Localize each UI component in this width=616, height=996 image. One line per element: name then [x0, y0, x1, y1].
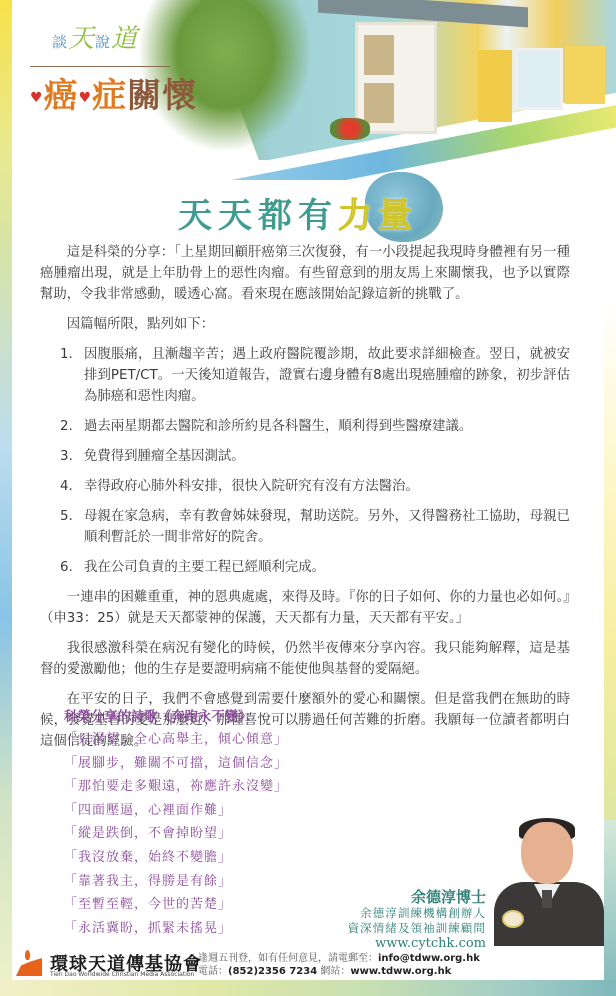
logo-char: 癌 [44, 76, 79, 116]
poem-line: 「我沒放棄，始終不變膽」 [64, 846, 288, 870]
list-number: 4. [60, 476, 73, 497]
heart-icon: ♥ [79, 90, 93, 106]
header-banner: 談天說道 ♥癌♥症關懷 [0, 0, 616, 180]
org-name-english: Tien Dao Worldwide Christian Media Assoc… [50, 971, 194, 978]
article-title: 天天都有力量 [178, 188, 418, 237]
list-item: 5.母親在家急病，幸有教會姊妹發現，幫助送院。另外，又得醫務社工協助，母親已順利… [60, 506, 570, 548]
list-text: 我在公司負責的主要工程已經順利完成。 [84, 560, 325, 575]
logo-char: 症 [92, 76, 127, 116]
points-list: 1.因腹脹痛，且漸趨辛苦；遇上政府醫院覆診期，故此要求詳細檢查。翌日，就被安排到… [40, 344, 570, 578]
site-label: 網站： [320, 966, 350, 977]
contact-info: 逢週五刊登，如有任何意見，請電郵至：info@tdww.org.hk 電話：(8… [198, 952, 480, 978]
logo-char: 關 [127, 76, 162, 116]
logo-char: 懷 [162, 76, 197, 116]
poem-line: 「永活冀盼，抓緊未搖晃」 [64, 917, 288, 941]
poem-line: 「至暫至輕，今世的苦楚」 [64, 893, 288, 917]
list-item: 6.我在公司負責的主要工程已經順利完成。 [60, 557, 570, 578]
title-plain: 天天都有 [178, 196, 338, 236]
heart-icon: ♥ [30, 90, 44, 106]
poem-line: 「只渴望，全心高舉主，傾心傾意」 [64, 728, 288, 752]
list-item: 1.因腹脹痛，且漸趨辛苦；遇上政府醫院覆診期，故此要求詳細檢查。翌日，就被安排到… [60, 344, 570, 407]
author-role-2: 資深情緒及領袖訓練顧問 [347, 921, 486, 936]
list-text: 幸得政府心肺外科安排，很快入院研究有沒有方法醫治。 [84, 479, 419, 494]
logo-divider [30, 66, 170, 67]
contact-website[interactable]: www.tdww.org.hk [350, 966, 451, 977]
author-name: 余德淳博士 [411, 886, 486, 907]
thanks-paragraph: 我很感激科榮在病況有變化的時候，仍然半夜傳來分享內容。我只能夠解釋，這是基督的愛… [40, 638, 570, 680]
footer-right-strip [604, 820, 616, 996]
poem-line: 「靠著我主，得勝是有餘」 [64, 870, 288, 894]
logo-char: 天 [68, 24, 95, 54]
column-logo-title: ♥癌♥症關懷 [30, 68, 197, 117]
contact-phone: (852)2356 7234 [228, 966, 317, 977]
corsage [504, 912, 522, 926]
list-number: 2. [60, 416, 73, 437]
list-item: 3.免費得到腫瘤全基因測試。 [60, 446, 570, 467]
column-logo-subtitle: 談天說道 [52, 18, 138, 55]
grace-paragraph: 一連串的困難重重，神的恩典處處，來得及時。『你的日子如何、你的力量也必如何。』（… [40, 587, 570, 629]
list-number: 3. [60, 446, 73, 467]
title-highlight: 力量 [338, 196, 418, 236]
author-photo [494, 812, 604, 946]
phone-label: 電話： [198, 966, 228, 977]
list-item: 4.幸得政府心肺外科安排，很快入院研究有沒有方法醫治。 [60, 476, 570, 497]
list-number: 6. [60, 557, 73, 578]
list-text: 過去兩星期都去醫院和診所約見各科醫生，順利得到些醫療建議。 [84, 419, 472, 434]
poem-line: 「展腳步，難關不可擋，這個信念」 [64, 752, 288, 776]
footer-gradient-bar [0, 980, 616, 996]
poem-title: 科榮分享的詩歌《奔跑永不變》： [64, 706, 258, 725]
logo-char: 說 [95, 33, 111, 51]
list-text: 免費得到腫瘤全基因測試。 [84, 449, 245, 464]
list-text: 母親在家急病，幸有教會姊妹發現，幫助送院。另外，又得醫務社工協助，母親已順利暫託… [84, 509, 570, 545]
poem-line: 「縱是跌倒，不會掉盼望」 [64, 822, 288, 846]
list-number: 1. [60, 344, 73, 365]
article-body: 這是科榮的分享：「上星期回顧肝癌第三次復發，有一小段提起我現時身體裡有另一種癌腫… [40, 242, 570, 761]
poem-line: 「那怕要走多艱遠，祢應許永沒變」 [64, 775, 288, 799]
logo-char: 道 [111, 24, 138, 54]
list-number: 5. [60, 506, 73, 527]
list-item: 2.過去兩星期都去醫院和診所約見各科醫生，順利得到些醫療建議。 [60, 416, 570, 437]
org-logo-icon [16, 952, 42, 976]
intro-paragraph: 這是科榮的分享：「上星期回顧肝癌第三次復發，有一小段提起我現時身體裡有另一種癌腫… [40, 242, 570, 305]
list-intro: 因篇幅所限，點列如下： [40, 314, 570, 335]
contact-email[interactable]: info@tdww.org.hk [378, 953, 480, 964]
list-text: 因腹脹痛，且漸趨辛苦；遇上政府醫院覆診期，故此要求詳細檢查。翌日，就被安排到PE… [84, 347, 570, 404]
author-credentials: 余德淳訓練機構創辦人 資深情緒及領袖訓練顧問 www.cytchk.com [347, 906, 486, 951]
poem-line: 「四面壓逼，心裡面作難」 [64, 799, 288, 823]
author-role-1: 余德淳訓練機構創辦人 [347, 906, 486, 921]
schedule-text: 逢週五刊登，如有任何意見，請電郵至： [198, 953, 378, 964]
logo-char: 談 [52, 33, 68, 51]
poem-lyrics: 「只渴望，全心高舉主，傾心傾意」 「展腳步，難關不可擋，這個信念」 「那怕要走多… [64, 728, 288, 940]
author-website[interactable]: www.cytchk.com [347, 936, 486, 951]
